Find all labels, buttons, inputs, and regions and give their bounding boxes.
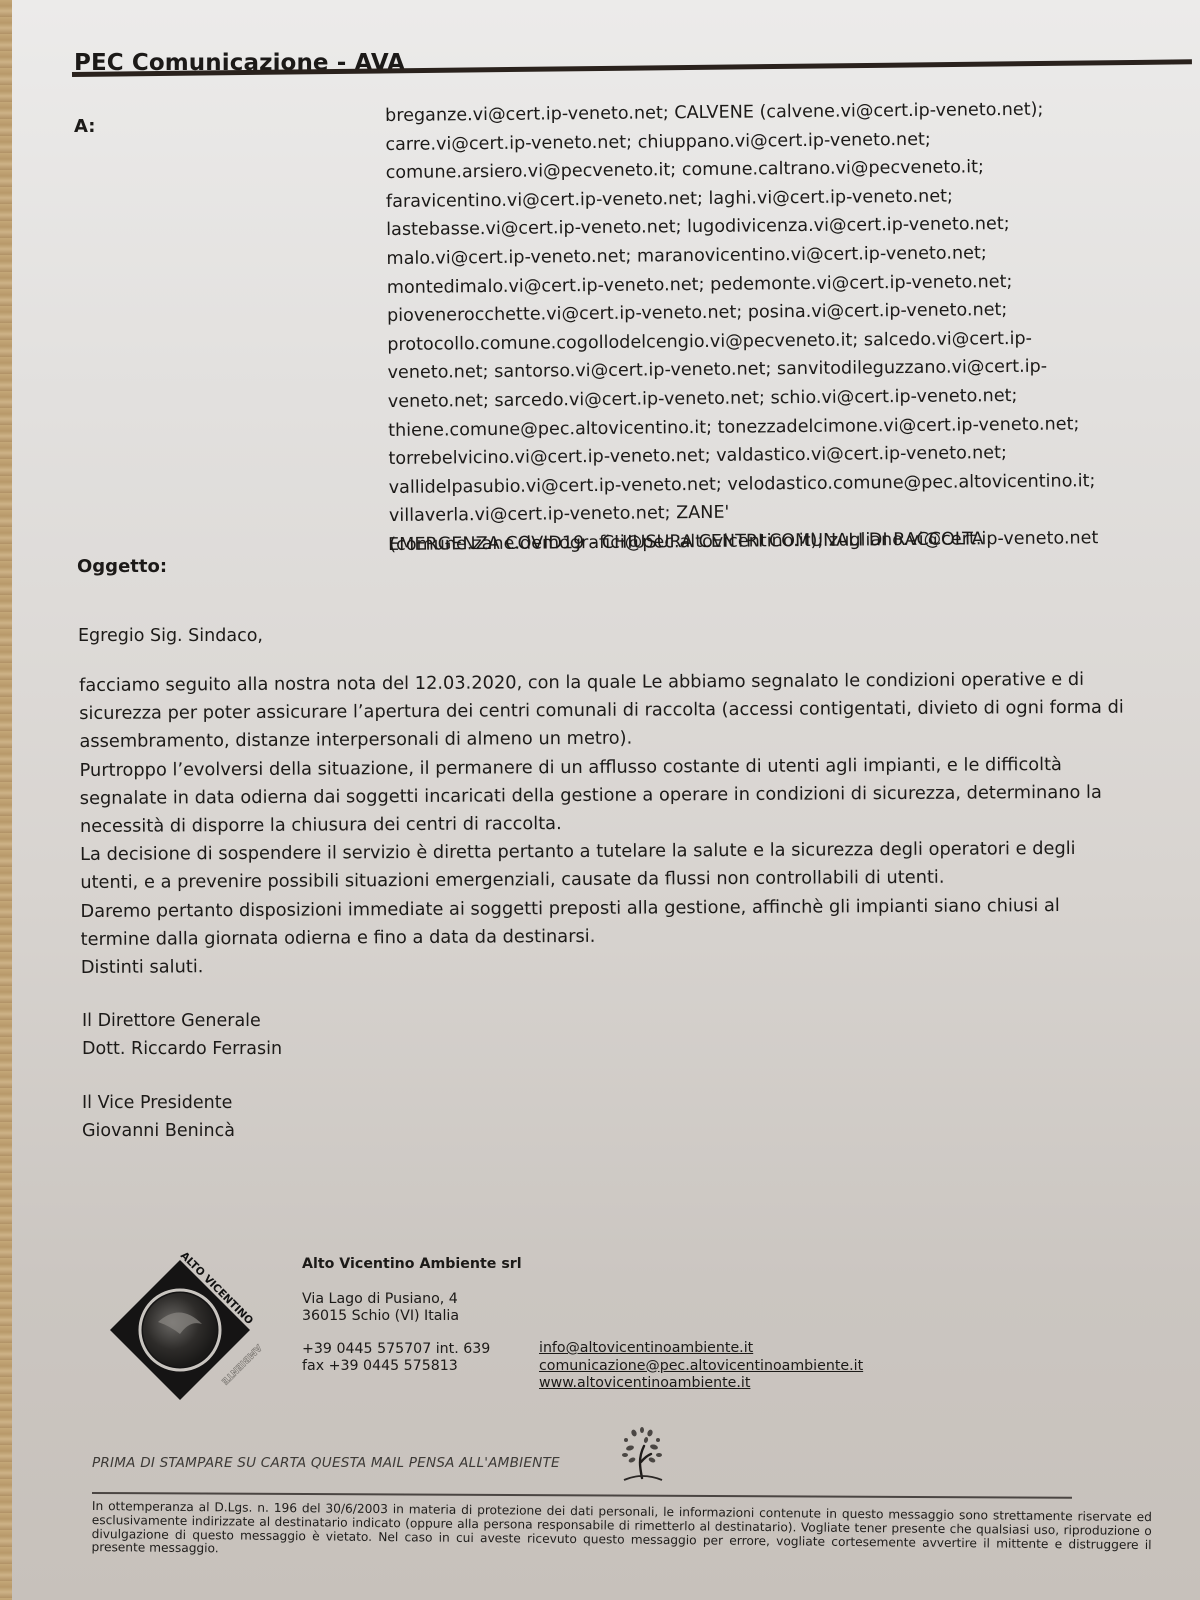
signature-role: Il Direttore Generale (82, 1007, 282, 1035)
company-info: Alto Vicentino Ambiente srl Via Lago di … (302, 1256, 522, 1375)
address-line: 36015 Schio (VI) Italia (302, 1308, 522, 1325)
company-address: Via Lago di Pusiano, 4 36015 Schio (VI) … (302, 1291, 522, 1325)
privacy-disclaimer: In ottemperanza al D.Lgs. n. 196 del 30/… (91, 1500, 1152, 1566)
company-name: Alto Vicentino Ambiente srl (302, 1256, 522, 1273)
letter-body: facciamo seguito alla nostra nota del 12… (79, 665, 1181, 982)
address-line: Via Lago di Pusiano, 4 (302, 1291, 522, 1308)
website-link[interactable]: www.altovicentinoambiente.it (539, 1375, 863, 1393)
tree-icon (616, 1424, 668, 1484)
recipients-list: breganze.vi@cert.ip-veneto.net; CALVENE … (385, 95, 1149, 560)
signature-name: Giovanni Benincà (82, 1117, 235, 1145)
company-links: info@altovicentinoambiente.it comunicazi… (539, 1340, 863, 1393)
eco-message: PRIMA DI STAMPARE SU CARTA QUESTA MAIL P… (92, 1455, 560, 1471)
signature-role: Il Vice Presidente (82, 1089, 235, 1117)
email-link[interactable]: info@altovicentinoambiente.it (539, 1340, 863, 1358)
signature-vice-president: Il Vice Presidente Giovanni Benincà (82, 1089, 235, 1145)
company-fax: fax +39 0445 575813 (302, 1358, 522, 1375)
letter-greeting: Egregio Sig. Sindaco, (78, 626, 263, 646)
pec-link[interactable]: comunicazione@pec.altovicentinoambiente.… (539, 1358, 863, 1376)
signature-name: Dott. Riccardo Ferrasin (82, 1035, 282, 1063)
recipients-label: A: (74, 116, 95, 137)
company-logo-icon: ALTO VICENTINO AMBIENTE (110, 1252, 270, 1412)
subject-label: Oggetto: (77, 556, 167, 577)
company-phone: +39 0445 575707 int. 639 (302, 1341, 522, 1358)
signature-director: Il Direttore Generale Dott. Riccardo Fer… (82, 1007, 282, 1063)
